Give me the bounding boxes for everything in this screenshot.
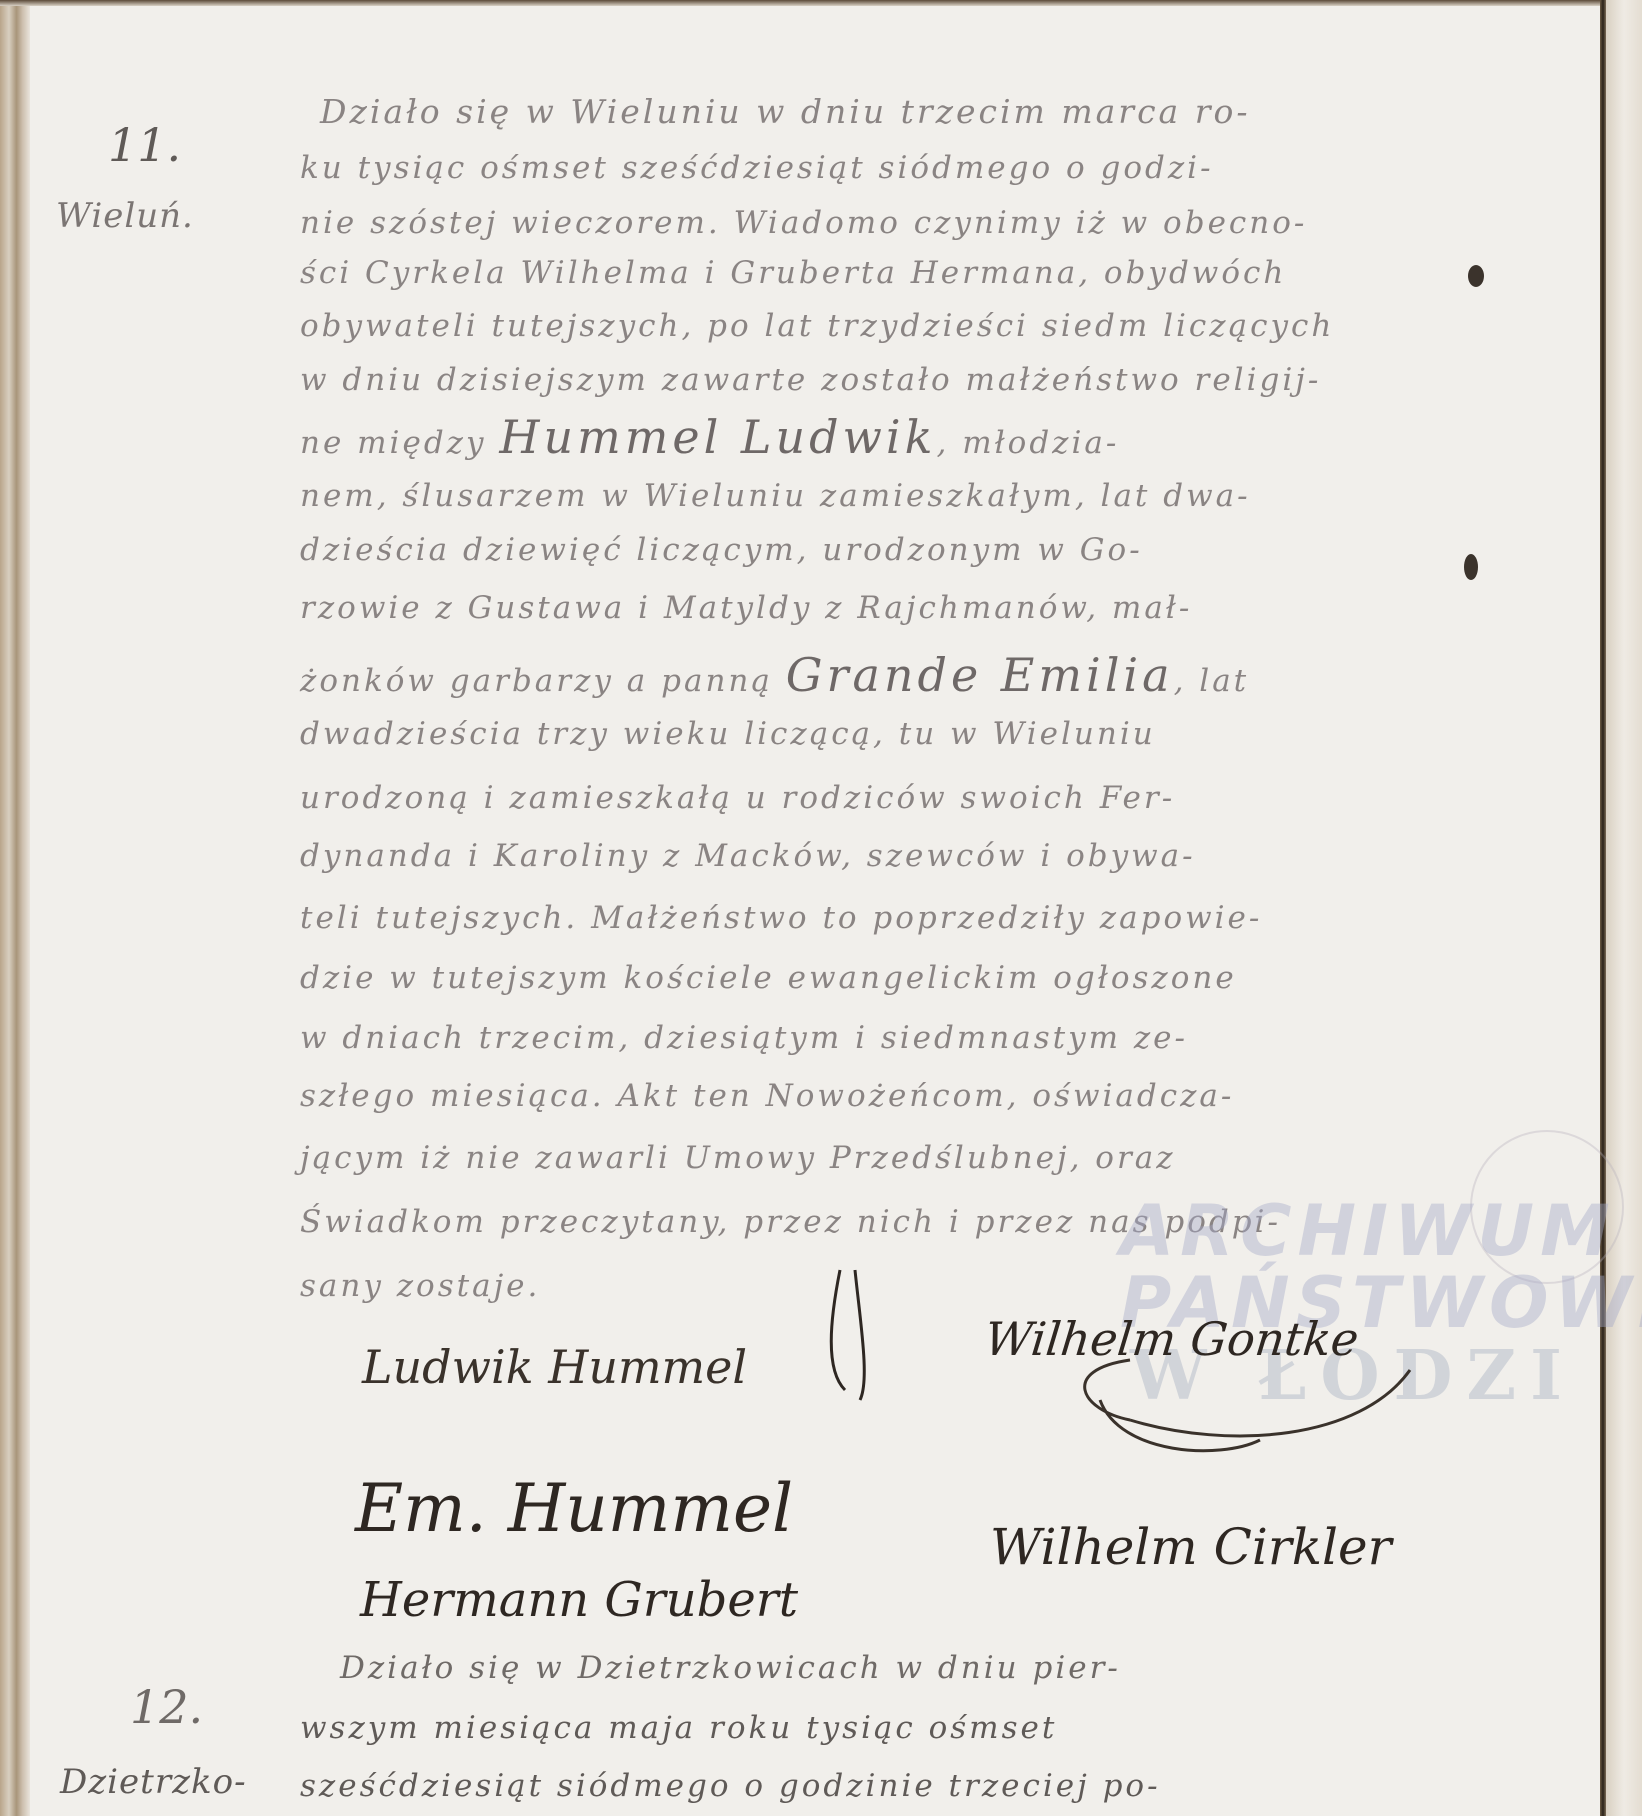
signature-flourish [800,1260,1560,1460]
text-line: jącym iż nie zawarli Umowy Przedślubnej,… [300,1140,1600,1176]
text-fragment: , lat [1174,663,1250,699]
text-line-groom: ne między Hummel Ludwik, młodzia- [300,410,1600,464]
text-line: ści Cyrkela Wilhelma i Gruberta Hermana,… [300,255,1600,291]
text-line-bride: żonków garbarzy a panną Grande Emilia, l… [300,648,1600,702]
entry-place-12: Dzietrzko- [60,1762,247,1802]
text-line: obywateli tutejszych, po lat trzydzieści… [300,308,1600,344]
entry-number-12: 12. [130,1680,203,1734]
text-line: dzieścia dziewięć liczącym, urodzonym w … [300,532,1600,568]
entry-number-11: 11. [108,118,181,172]
text-line: dynanda i Karoliny z Macków, szewców i o… [300,838,1600,874]
entry-place-11: Wieluń. [56,196,194,236]
ink-blot [1468,265,1484,287]
text-line: nie szóstej wieczorem. Wiadomo czynimy i… [300,205,1600,241]
text-line: ku tysiąc ośmset sześćdziesiąt siódmego … [300,150,1600,186]
text-fragment: , młodzia- [937,425,1120,461]
text-line: teli tutejszych. Małżeństwo to poprzedzi… [300,900,1600,936]
signature-bride: Em. Hummel [355,1470,793,1547]
facing-page-edge [1606,0,1642,1816]
text-line: nem, ślusarzem w Wieluniu zamieszkałym, … [300,478,1600,514]
text-line: wszym miesiąca maja roku tysiąc ośmset [300,1710,1600,1746]
text-line: urodzoną i zamieszkałą u rodziców swoich… [300,780,1600,816]
register-page: 11. Wieluń. Działo się w Wieluniu w dniu… [0,0,1642,1816]
signature-witness-cirkler: Wilhelm Cirkler [990,1518,1392,1576]
text-line: dzie w tutejszym kościele ewangelickim o… [300,960,1600,996]
ink-blot [1464,554,1478,580]
text-fragment: ne między [300,425,487,461]
text-line: Działo się w Dzietrzkowicach w dniu pier… [340,1650,1640,1686]
left-binding-edge [0,0,30,1816]
text-fragment: żonków garbarzy a panną [300,663,773,699]
text-line: szłego miesiąca. Akt ten Nowożeńcom, ośw… [300,1078,1600,1114]
text-line: Działo się w Wieluniu w dniu trzecim mar… [320,92,1620,131]
text-line: w dniach trzecim, dziesiątym i siedmnast… [300,1020,1600,1056]
top-page-edge [0,0,1642,6]
groom-name: Hummel Ludwik [499,410,936,464]
text-line: rzowie z Gustawa i Matyldy z Rajchmanów,… [300,590,1600,626]
signature-witness-grubert: Hermann Grubert [360,1572,798,1628]
bride-name: Grande Emilia [786,648,1174,702]
text-line: sześćdziesiąt siódmego o godzinie trzeci… [300,1768,1600,1804]
text-line: dwadzieścia trzy wieku liczącą, tu w Wie… [300,716,1600,752]
text-line: w dniu dzisiejszym zawarte zostało małże… [300,362,1600,398]
signature-groom: Ludwik Hummel [362,1340,747,1394]
